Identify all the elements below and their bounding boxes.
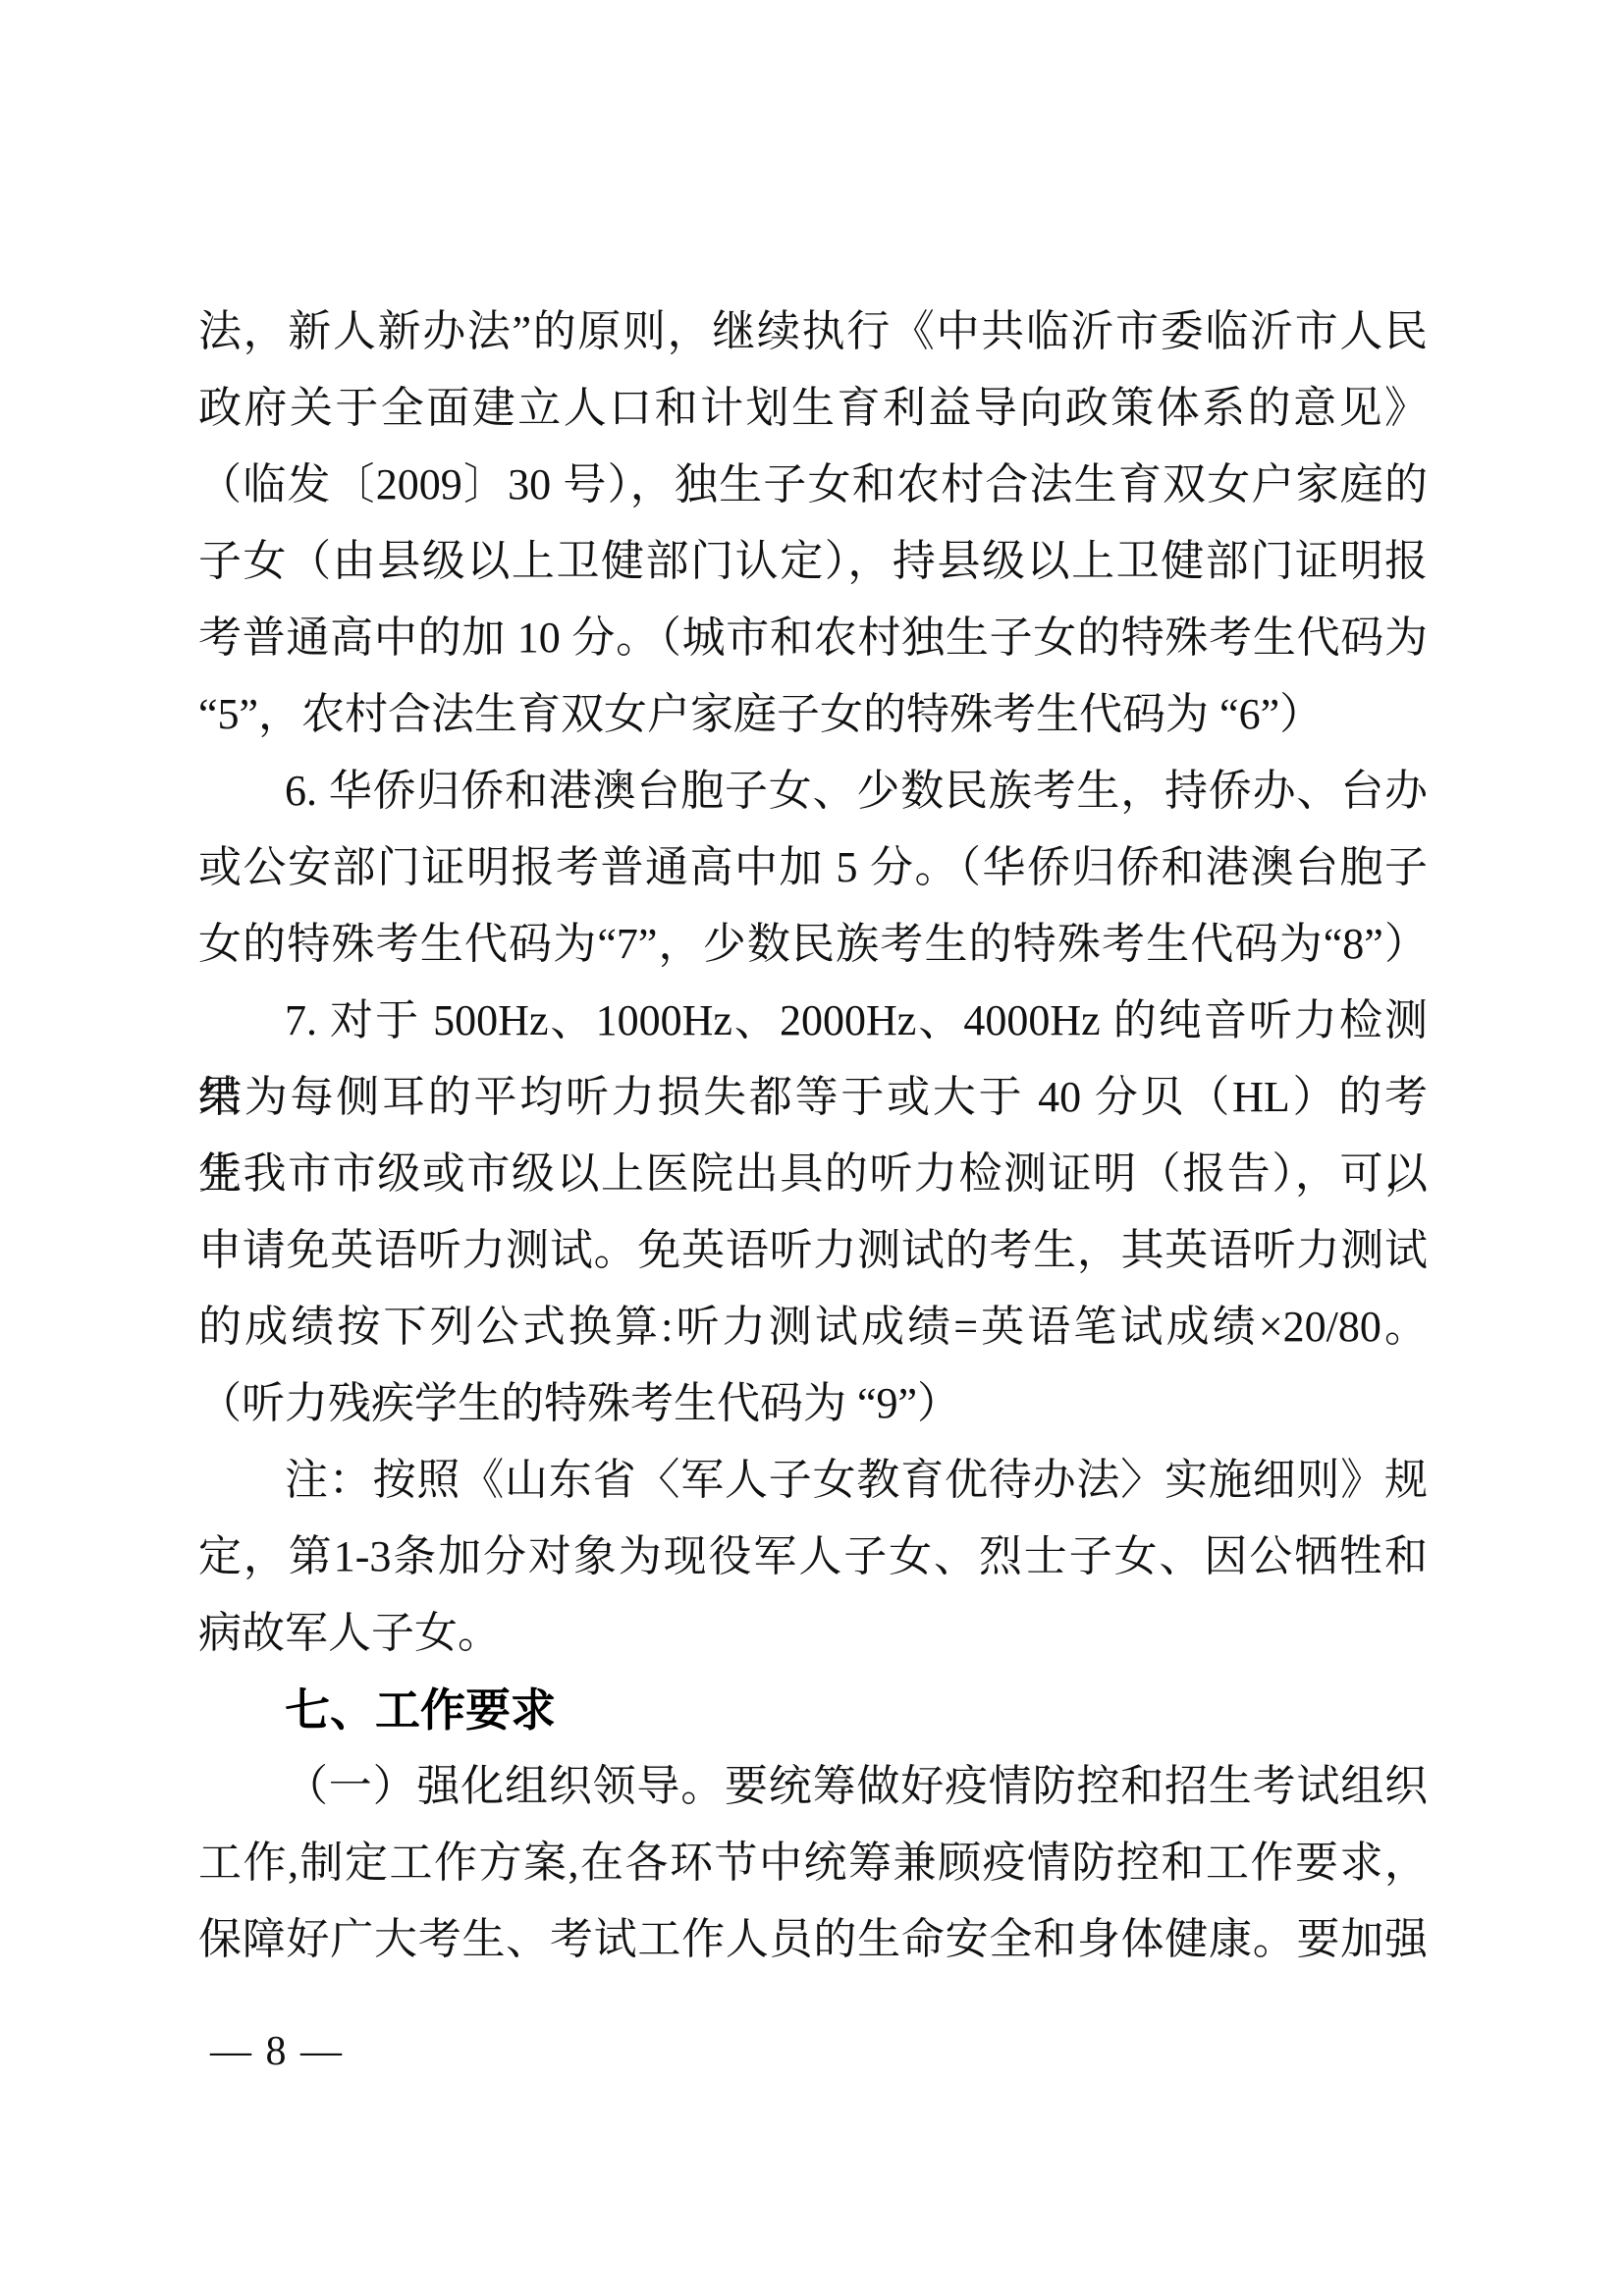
section-heading: 七、工作要求 <box>198 1672 1428 1748</box>
text-line: 果为每侧耳的平均听力损失都等于或大于 40 分贝（HL）的考生， <box>198 1059 1428 1136</box>
text-line: 申请免英语听力测试。免英语听力测试的考生，其英语听力测试 <box>198 1212 1428 1289</box>
text-line: 子女（由县级以上卫健部门认定），持县级以上卫健部门证明报 <box>198 523 1428 600</box>
document-body: 法，新人新办法”的原则，继续执行《中共临沂市委临沂市人民 政府关于全面建立人口和… <box>198 294 1428 1978</box>
text-line: （临发〔2009〕30 号），独生子女和农村合法生育双女户家庭的 <box>198 447 1428 523</box>
text-line: 或公安部门证明报考普通高中加 5 分。（华侨归侨和港澳台胞子 <box>198 829 1428 906</box>
text-line: 保障好广大考生、考试工作人员的生命安全和身体健康。要加强 <box>198 1901 1428 1978</box>
text-line: 的成绩按下列公式换算:听力测试成绩=英语笔试成绩×20/80。 <box>198 1289 1428 1365</box>
text-line: 6. 华侨归侨和港澳台胞子女、少数民族考生，持侨办、台办 <box>198 753 1428 829</box>
page-number: — 8 — <box>210 2013 344 2090</box>
text-line: “5”，农村合法生育双女户家庭子女的特殊考生代码为 “6”） <box>198 676 1428 753</box>
text-line: 注：按照《山东省〈军人子女教育优待办法〉实施细则》规 <box>198 1442 1428 1519</box>
document-page: 法，新人新办法”的原则，继续执行《中共临沂市委临沂市人民 政府关于全面建立人口和… <box>0 0 1624 2296</box>
text-line: 政府关于全面建立人口和计划生育利益导向政策体系的意见》 <box>198 370 1428 447</box>
text-line: 考普通高中的加 10 分。（城市和农村独生子女的特殊考生代码为 <box>198 600 1428 676</box>
text-line: 病故军人子女。 <box>198 1595 1428 1672</box>
text-line: （一）强化组织领导。要统筹做好疫情防控和招生考试组织 <box>198 1748 1428 1825</box>
text-line: （听力残疾学生的特殊考生代码为 “9”） <box>198 1365 1428 1442</box>
text-line: 定，第1-3条加分对象为现役军人子女、烈士子女、因公牺牲和 <box>198 1519 1428 1595</box>
text-line: 女的特殊考生代码为“7”，少数民族考生的特殊考生代码为“8”） <box>198 906 1428 983</box>
text-line: 7. 对于 500Hz、1000Hz、2000Hz、4000Hz 的纯音听力检测… <box>198 983 1428 1059</box>
text-line: 法，新人新办法”的原则，继续执行《中共临沂市委临沂市人民 <box>198 294 1428 370</box>
text-line: 工作,制定工作方案,在各环节中统筹兼顾疫情防控和工作要求， <box>198 1825 1428 1901</box>
text-line: 凭我市市级或市级以上医院出具的听力检测证明（报告），可以 <box>198 1136 1428 1212</box>
